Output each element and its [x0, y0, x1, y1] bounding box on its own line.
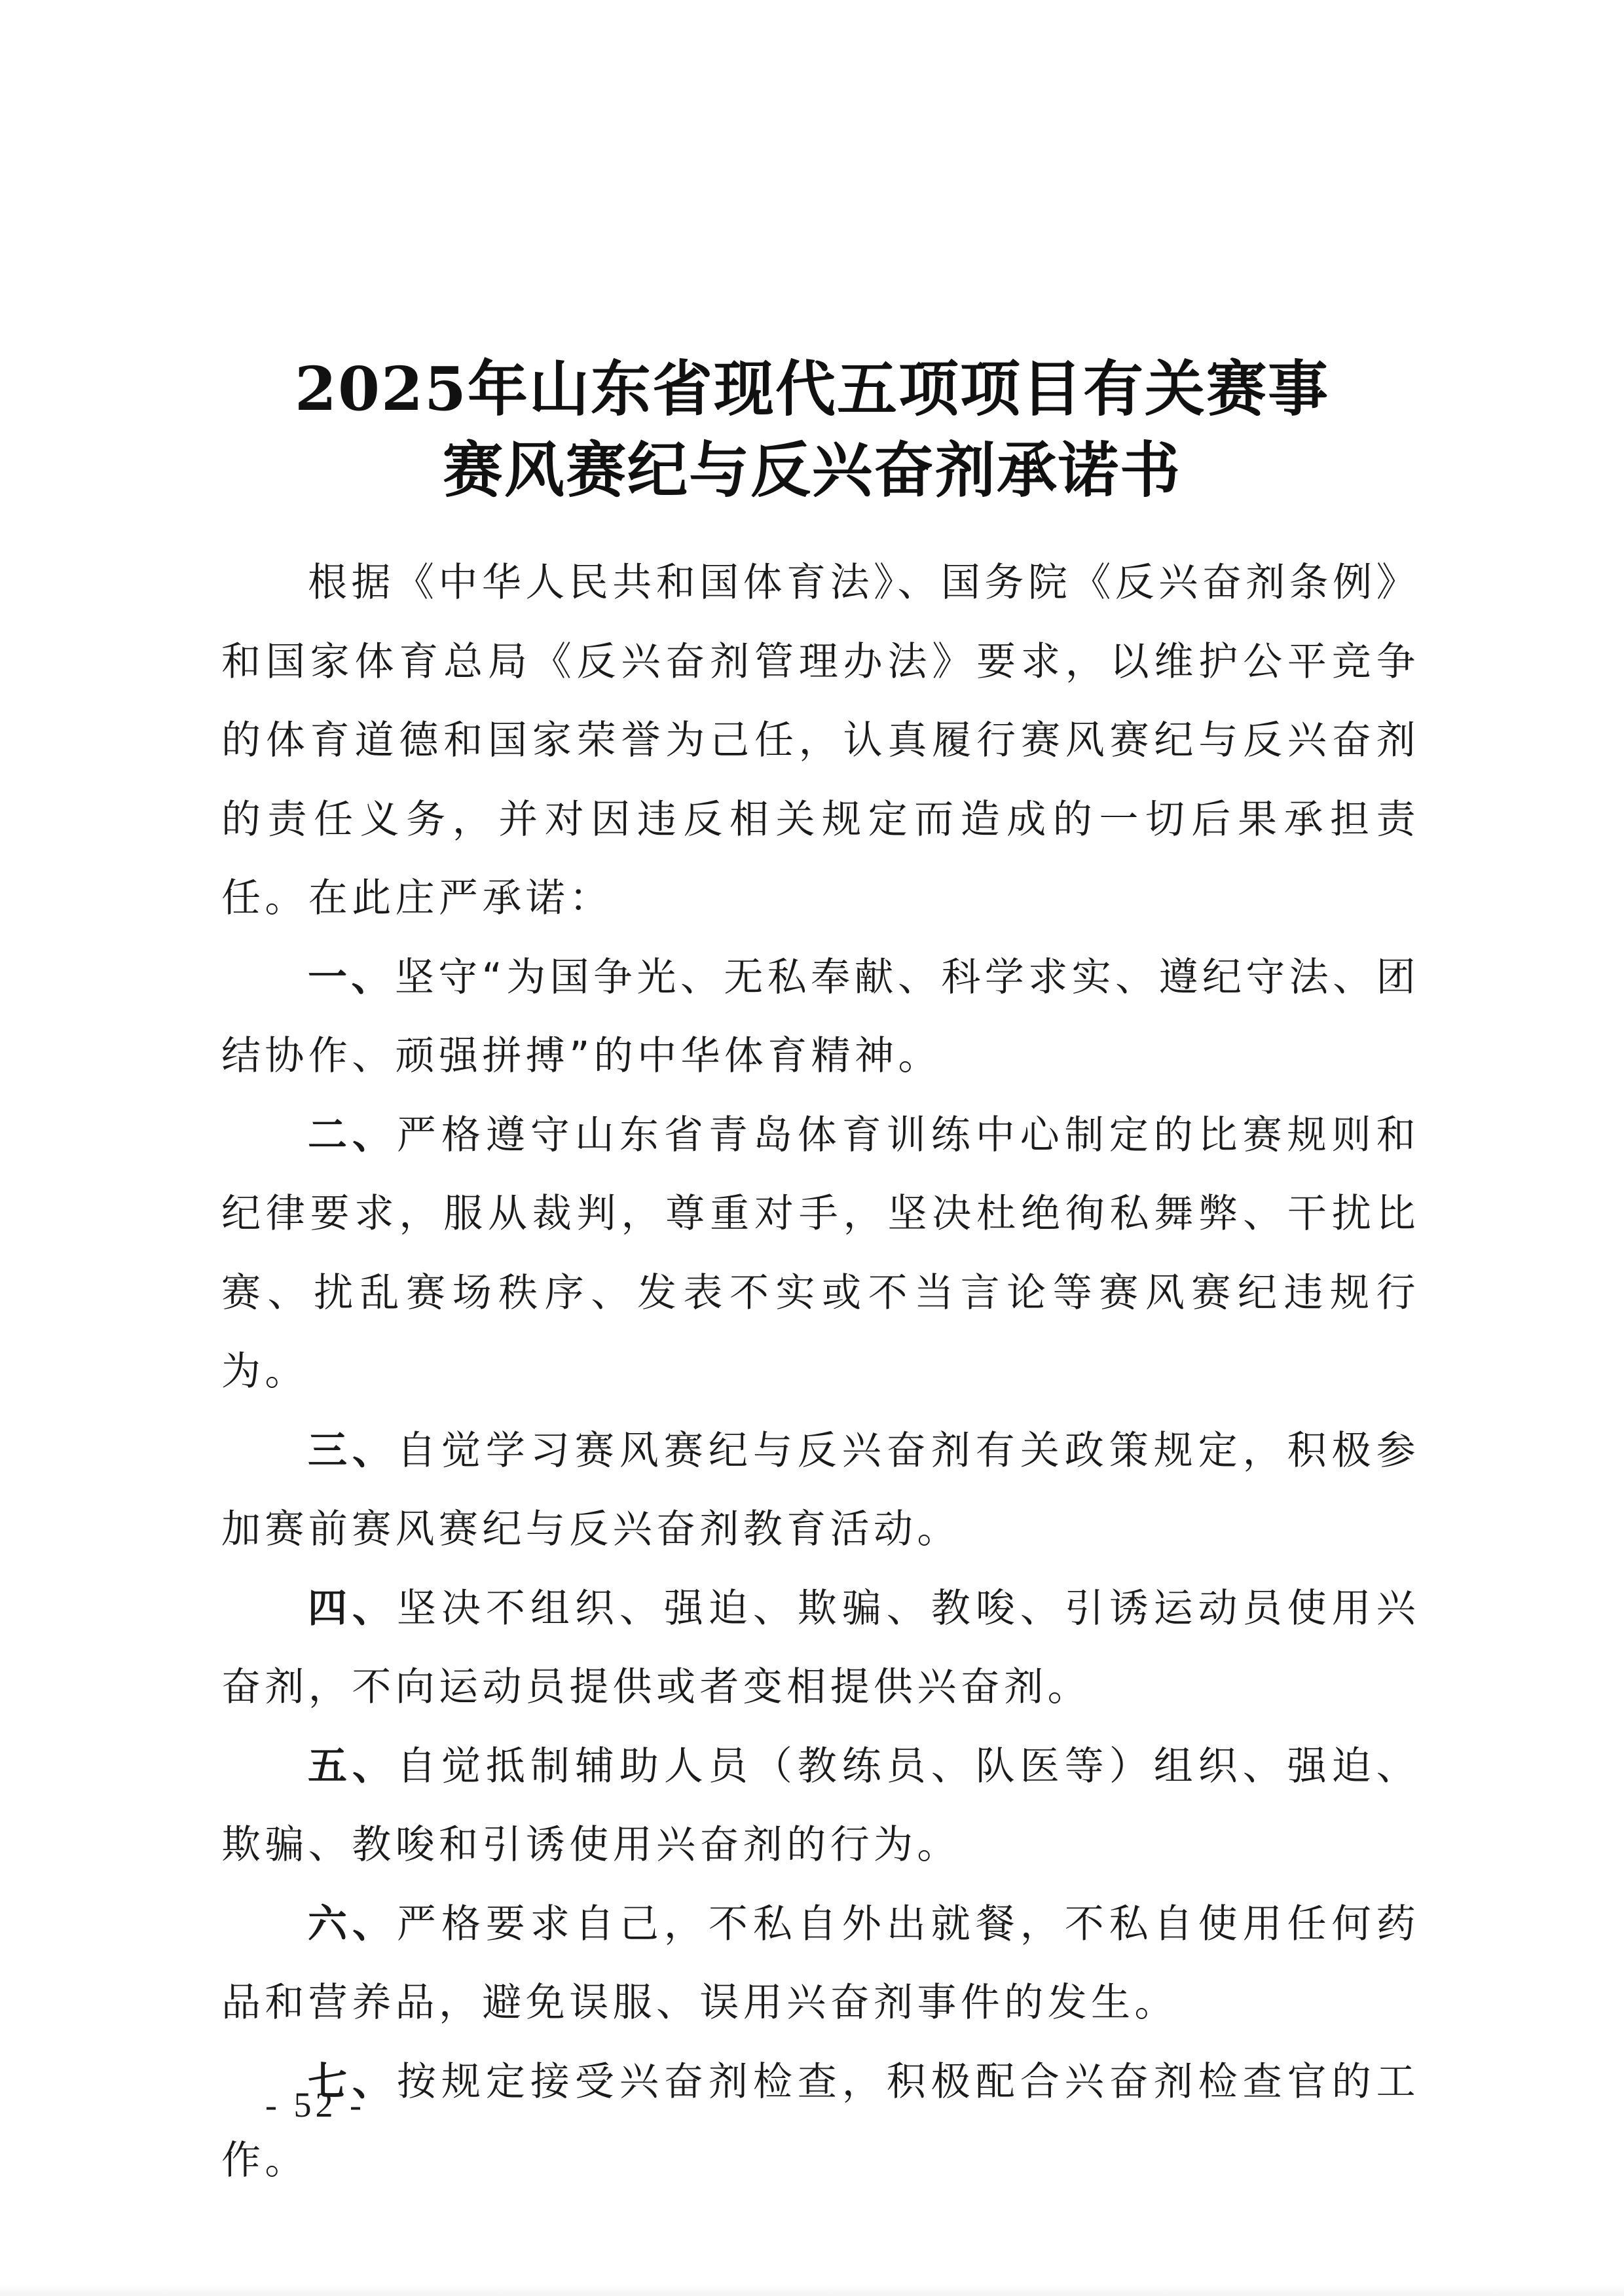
document-title: 2025年山东省现代五项项目有关赛事 赛风赛纪与反兴奋剂承诺书	[0, 348, 1624, 511]
title-line-2: 赛风赛纪与反兴奋剂承诺书	[0, 429, 1624, 511]
commitment-item-3: 三、自觉学习赛风赛纪与反兴奋剂有关政策规定，积极参加赛前赛风赛纪与反兴奋剂教育活…	[221, 1412, 1420, 1569]
preamble-paragraph: 根据《中华人民共和国体育法》、国务院《反兴奋剂条例》和国家体育总局《反兴奋剂管理…	[221, 543, 1420, 938]
item-text: 自觉抵制辅助人员（教练员、队医等）组织、强迫、欺骗、教唆和引诱使用兴奋剂的行为。	[221, 1743, 1420, 1868]
document-page: 2025年山东省现代五项项目有关赛事 赛风赛纪与反兴奋剂承诺书 根据《中华人民共…	[0, 0, 1624, 2296]
commitment-item-7: 七、按规定接受兴奋剂检查，积极配合兴奋剂检查官的工作。	[221, 2043, 1420, 2200]
item-ordinal: 一、	[308, 955, 395, 1000]
item-text: 坚守“为国争光、无私奉献、科学求实、遵纪守法、团结协作、顽强拼搏”的中华体育精神…	[221, 955, 1420, 1080]
scan-edge-divider	[0, 2285, 1624, 2296]
item-ordinal: 二、	[308, 1112, 397, 1158]
document-body: 根据《中华人民共和国体育法》、国务院《反兴奋剂条例》和国家体育总局《反兴奋剂管理…	[221, 543, 1420, 2200]
page-number: - 52 -	[265, 2082, 365, 2128]
item-text: 自觉学习赛风赛纪与反兴奋剂有关政策规定，积极参加赛前赛风赛纪与反兴奋剂教育活动。	[221, 1428, 1420, 1553]
commitment-item-1: 一、坚守“为国争光、无私奉献、科学求实、遵纪守法、团结协作、顽强拼搏”的中华体育…	[221, 938, 1420, 1096]
commitment-item-2: 二、严格遵守山东省青岛体育训练中心制定的比赛规则和纪律要求，服从裁判，尊重对手，…	[221, 1096, 1420, 1412]
item-text: 严格要求自己，不私自外出就餐，不私自使用任何药品和营养品，避免误服、误用兴奋剂事…	[221, 1901, 1420, 2026]
item-ordinal: 六、	[308, 1901, 397, 1947]
item-ordinal: 四、	[308, 1586, 397, 1631]
commitment-item-5: 五、自觉抵制辅助人员（教练员、队医等）组织、强迫、欺骗、教唆和引诱使用兴奋剂的行…	[221, 1727, 1420, 1885]
commitment-item-4: 四、坚决不组织、强迫、欺骗、教唆、引诱运动员使用兴奋剂，不向运动员提供或者变相提…	[221, 1569, 1420, 1727]
item-text: 按规定接受兴奋剂检查，积极配合兴奋剂检查官的工作。	[221, 2059, 1420, 2184]
item-ordinal: 三、	[308, 1428, 397, 1474]
item-text: 坚决不组织、强迫、欺骗、教唆、引诱运动员使用兴奋剂，不向运动员提供或者变相提供兴…	[221, 1586, 1420, 1711]
item-ordinal: 五、	[308, 1743, 397, 1789]
title-line-1: 2025年山东省现代五项项目有关赛事	[0, 348, 1624, 429]
commitment-item-6: 六、严格要求自己，不私自外出就餐，不私自使用任何药品和营养品，避免误服、误用兴奋…	[221, 1885, 1420, 2043]
item-text: 严格遵守山东省青岛体育训练中心制定的比赛规则和纪律要求，服从裁判，尊重对手，坚决…	[221, 1112, 1420, 1395]
